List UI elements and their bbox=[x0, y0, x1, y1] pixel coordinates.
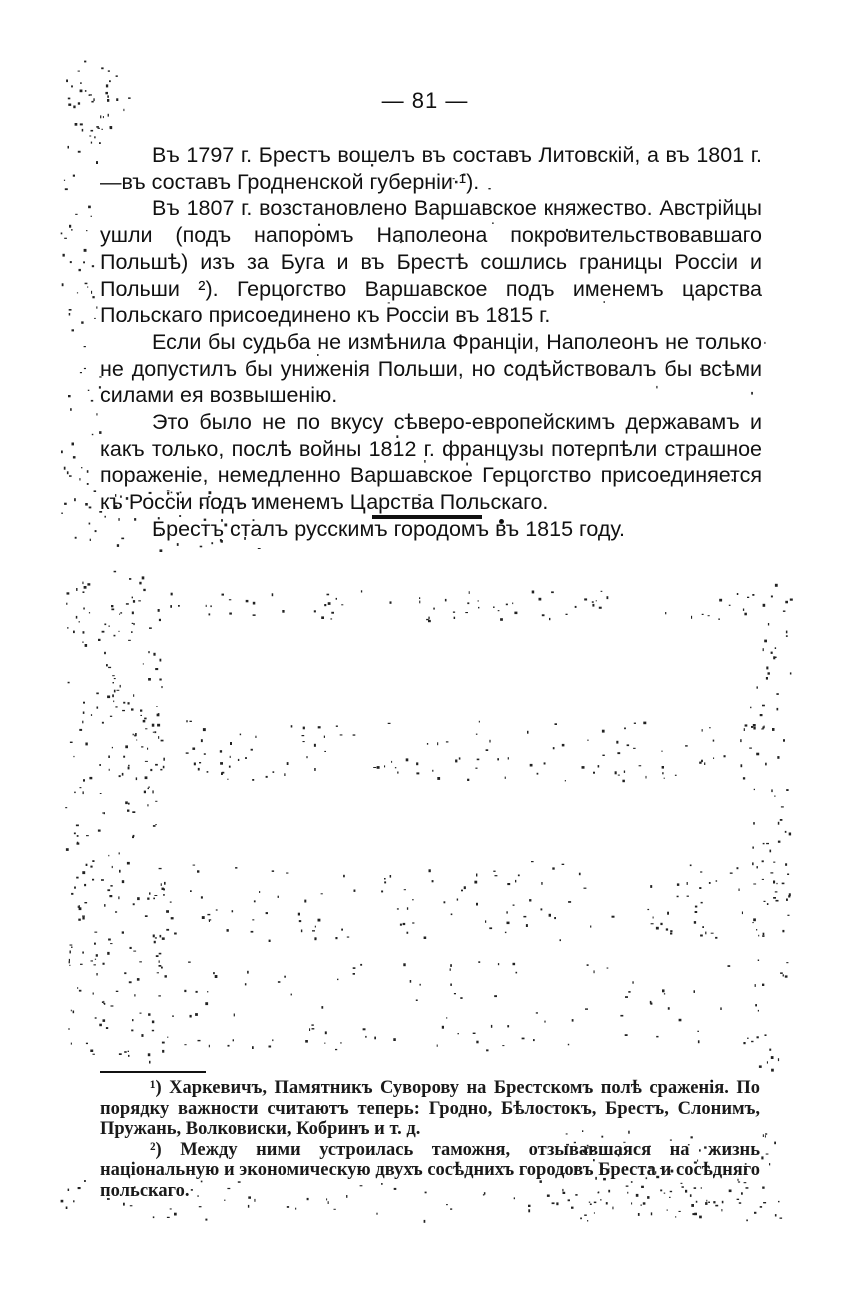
paragraph: Въ 1797 г. Брестъ вошелъ въ составъ Лито… bbox=[100, 142, 762, 195]
section-separator-rule bbox=[372, 515, 482, 519]
paragraph: Въ 1807 г. возстановлено Варшавское княж… bbox=[100, 195, 762, 329]
page-number: — 81 — bbox=[0, 88, 850, 114]
paragraph: Это было не по вкусу сѣверо-европейскимъ… bbox=[100, 409, 762, 516]
main-text-body: Въ 1797 г. Брестъ вошелъ въ составъ Лито… bbox=[100, 142, 762, 543]
separator-dot bbox=[499, 519, 504, 524]
footnote-rule bbox=[100, 1071, 206, 1073]
footnote: ¹) Харкевичъ, Памятникъ Суворову на Брес… bbox=[100, 1078, 760, 1140]
footnote: ²) Между ними устроилась таможня, отзыва… bbox=[100, 1140, 760, 1202]
paragraph: Брестъ сталъ русскимъ городомъ въ 1815 г… bbox=[100, 516, 762, 543]
footnotes: ¹) Харкевичъ, Памятникъ Суворову на Брес… bbox=[100, 1078, 760, 1201]
paragraph: Если бы судьба не измѣнила Франціи, Напо… bbox=[100, 329, 762, 409]
